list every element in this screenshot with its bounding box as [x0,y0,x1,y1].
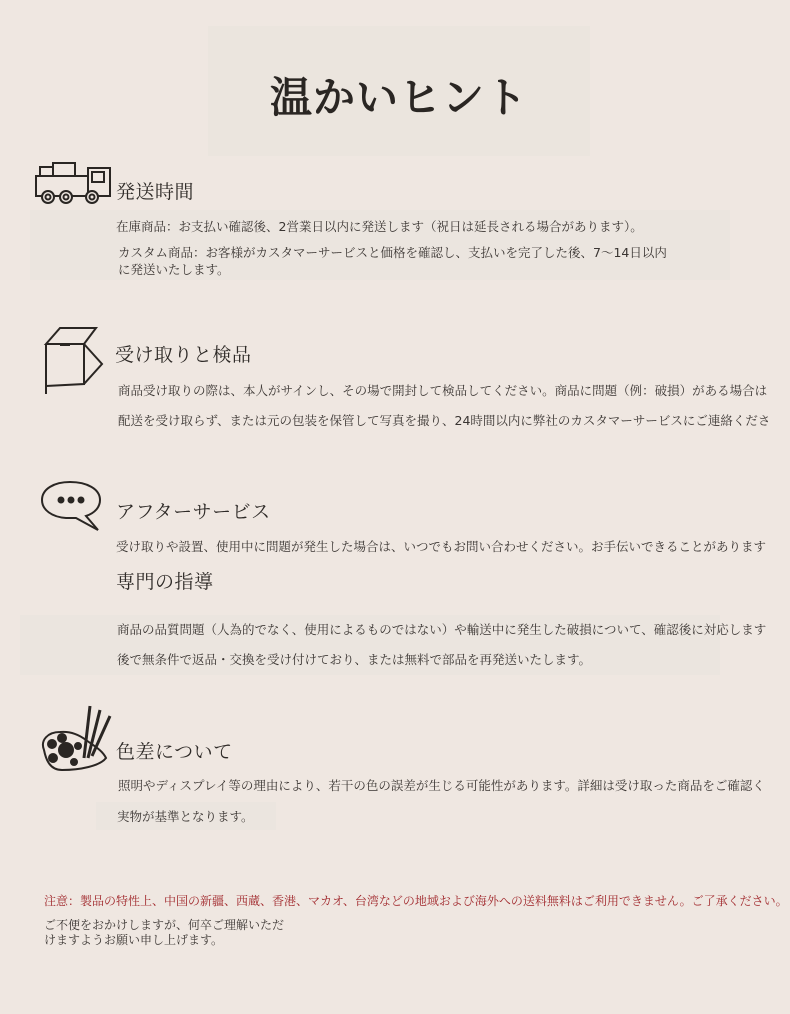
color-difference-line-2: 実物が基準となります。 [117,808,254,825]
shipping-restriction-notice: 注意：製品の特性上、中国の新疆、西蔵、香港、マカオ、台湾などの地域および海外への… [44,892,788,909]
apology-text: ご不便をおかけしますが、何卒ご理解いただけますようお願い申し上げます。 [44,918,284,948]
receipt-line-2: 配送を受け取らず、または元の包装を保管して写真を撮り、24時間以内に弊社のカスタ… [118,412,770,429]
box-icon [40,324,106,396]
receipt-line-1: 商品受け取りの際は、本人がサインし、その場で開封して検品してください。商品に問題… [118,382,767,399]
section-heading-after-service: アフターサービス [116,497,271,524]
guidance-line-2: 後で無条件で返品・交換を受け付けており、または無料で部品を再発送いたします。 [117,651,591,668]
shipping-line-2: カスタム商品：お客様がカスタマーサービスと価格を確認し、支払いを完了した後、7～… [118,244,667,261]
shipping-line-3: に発送いたします。 [118,261,230,278]
truck-icon [34,160,114,206]
after-service-line-1: 受け取りや設置、使用中に問題が発生した場合は、いつでもお問い合わせください。お手… [116,538,766,555]
section-heading-color-difference: 色差について [116,737,233,764]
speech-bubble-icon [40,479,104,535]
guidance-line-1: 商品の品質問題（人為的でなく、使用によるものではない）や輸送中に発生した破損につ… [117,621,766,638]
page-title: 温かいヒント [270,65,528,125]
section-heading-guidance: 専門の指導 [116,567,214,594]
shipping-line-1: 在庫商品：お支払い確認後、2営業日以内に発送します（祝日は延長される場合がありま… [116,218,643,235]
section-heading-shipping: 発送時間 [116,177,194,204]
title-banner: 温かいヒント [208,26,590,156]
palette-icon [40,704,114,772]
section-heading-receipt: 受け取りと検品 [115,340,252,367]
color-difference-line-1: 照明やディスプレイ等の理由により、若干の色の誤差が生じる可能性があります。詳細は… [118,777,765,794]
